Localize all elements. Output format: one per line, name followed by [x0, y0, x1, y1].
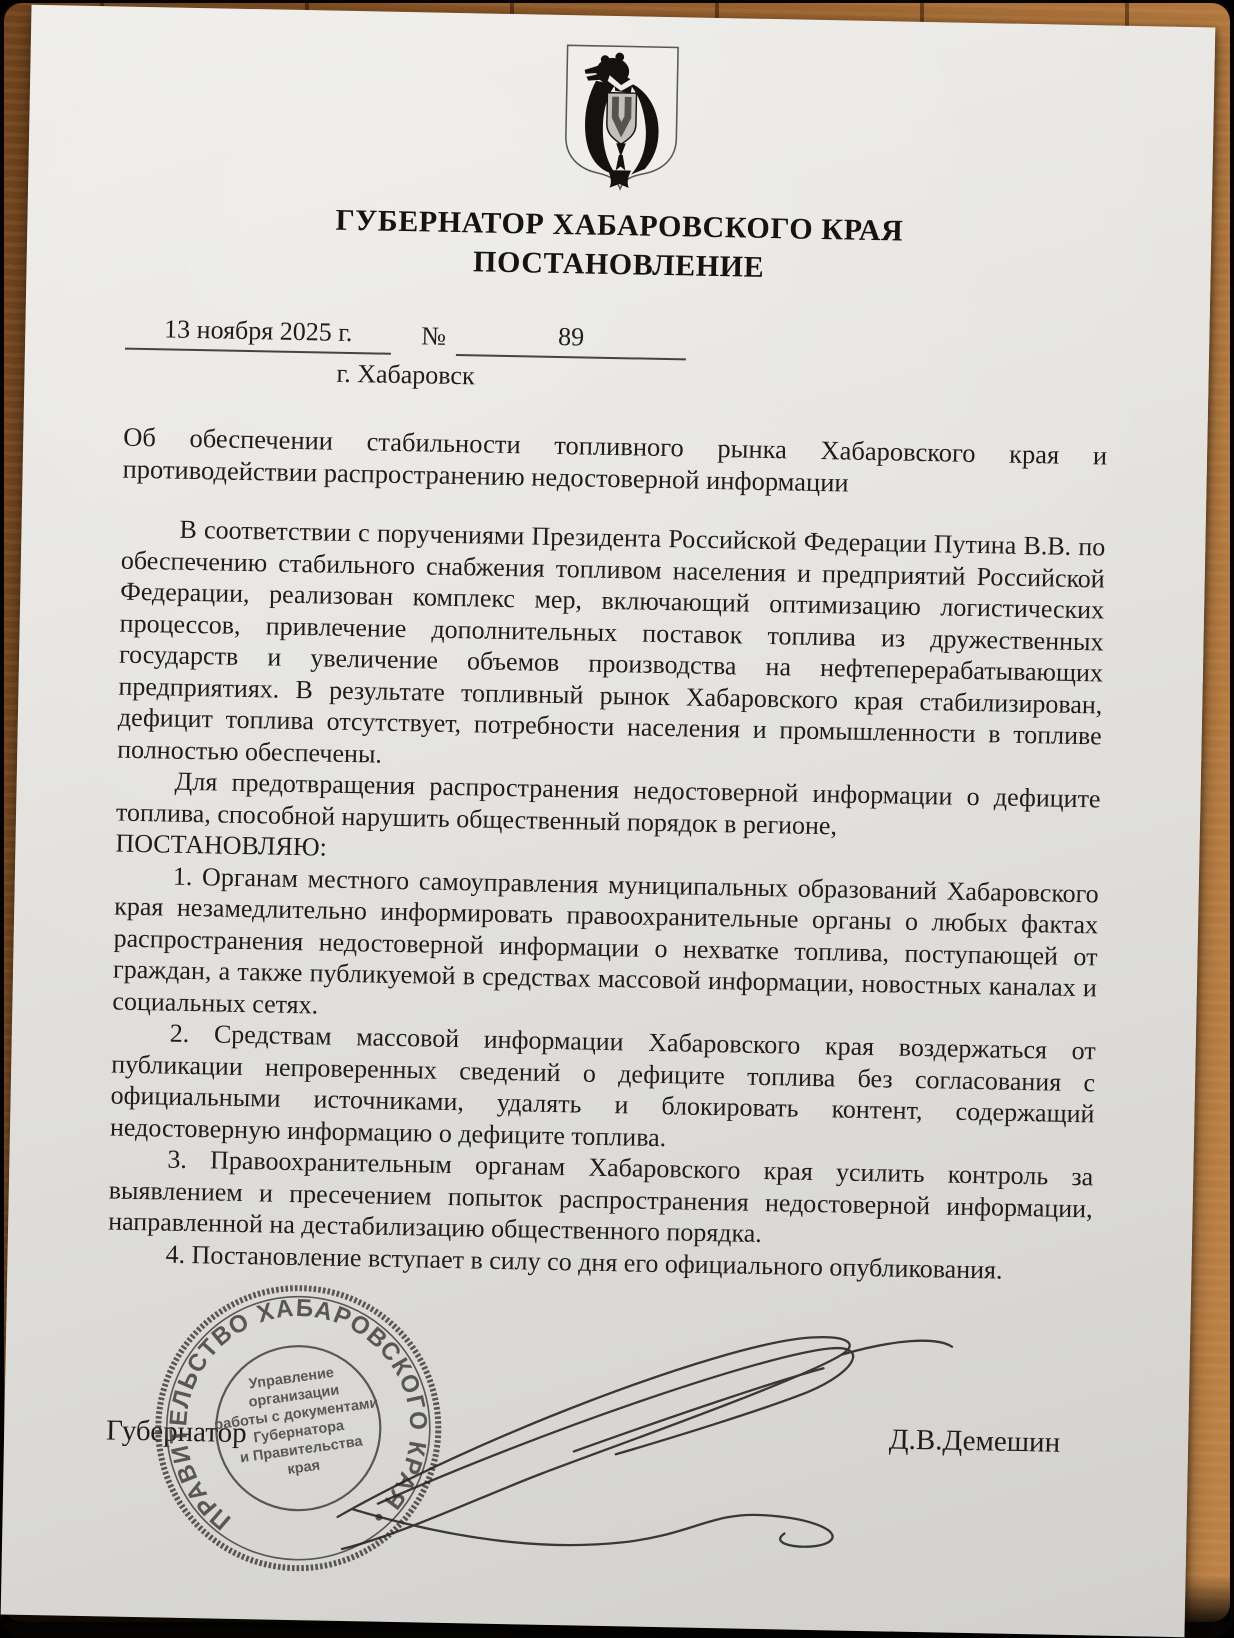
paper-document: ГУБЕРНАТОР ХАБАРОВСКОГО КРАЯ ПОСТАНОВЛЕН…	[1, 5, 1216, 1637]
document-paragraph: В соответствии с поручениями Президента …	[117, 513, 1106, 784]
date-field: 13 ноября 2025 г.	[125, 314, 392, 355]
document-body: В соответствии с поручениями Президента …	[107, 513, 1105, 1288]
coat-of-arms-icon	[557, 41, 686, 193]
document-paragraph: 2. Средствам массовой информации Хабаров…	[110, 1017, 1096, 1162]
signature-area: Губернатор Д.В.Демешин ПРАВИТЕЛЬСТВО ХАБ…	[102, 1299, 1091, 1568]
date-number-row: 13 ноября 2025 г. № 89	[125, 314, 1110, 369]
photo-frame: ГУБЕРНАТОР ХАБАРОВСКОГО КРАЯ ПОСТАНОВЛЕН…	[0, 0, 1234, 1638]
subject-paragraph: Об обеспечении стабильности топливного р…	[122, 421, 1107, 504]
signature-autograph-icon	[242, 1239, 1068, 1565]
number-field: 89	[456, 320, 687, 360]
document-paragraph: 1. Органам местного самоуправления муниц…	[112, 859, 1099, 1035]
city-label: г. Хабаровск	[336, 359, 475, 392]
document-content: ГУБЕРНАТОР ХАБАРОВСКОГО КРАЯ ПОСТАНОВЛЕН…	[1, 5, 1216, 1637]
number-sign: №	[421, 322, 446, 356]
